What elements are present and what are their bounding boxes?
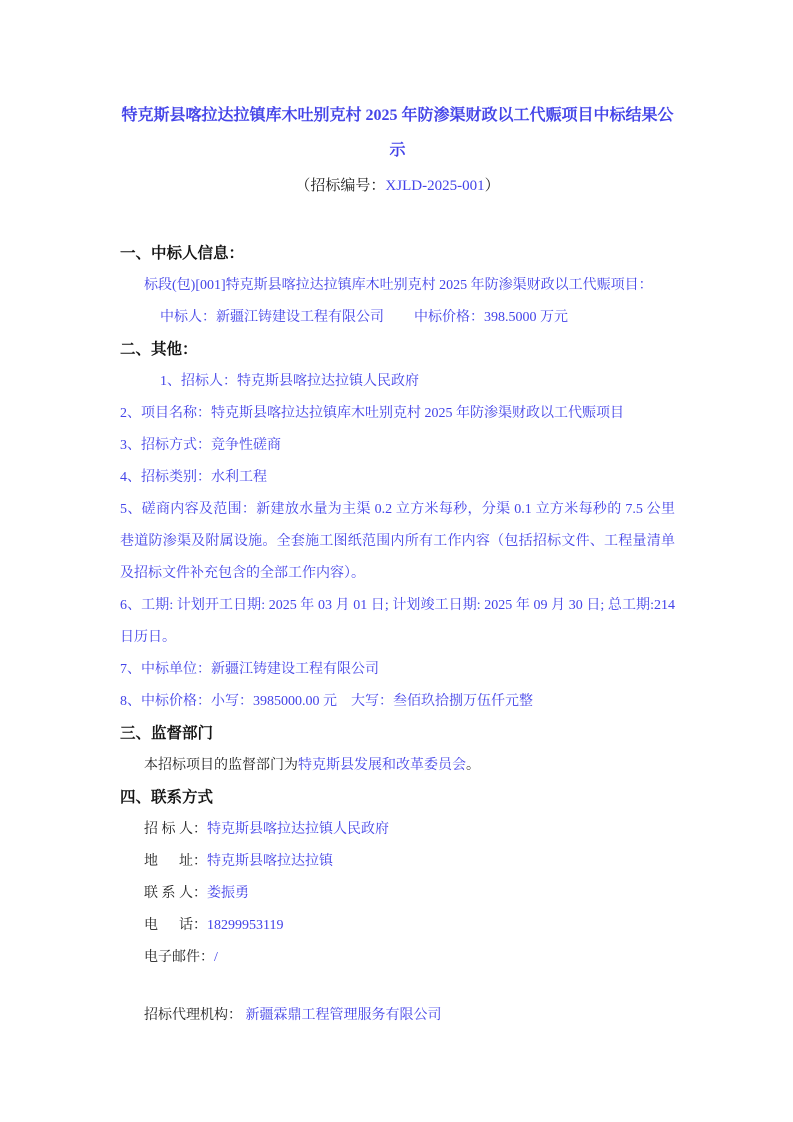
section-4-heading: 四、联系方式 xyxy=(120,782,675,814)
item-tender-method: 3、招标方式：竞争性磋商 xyxy=(120,430,675,462)
section-1-heading: 一、中标人信息： xyxy=(120,238,675,270)
tender-number-line: （招标编号：XJLD-2025-001） xyxy=(120,170,675,202)
lot-line: 标段(包)[001]特克斯县喀拉达拉镇库木吐别克村 2025 年防渗渠财政以工代… xyxy=(144,270,675,302)
contact-value: 特克斯县喀拉达拉镇 xyxy=(207,854,333,869)
item-tenderer: 1、招标人：特克斯县喀拉达拉镇人民政府 xyxy=(160,366,675,398)
supervision-line: 本招标项目的监督部门为特克斯县发展和改革委员会。 xyxy=(144,750,675,782)
agency-name: 新疆霖鼎工程管理服务有限公司 xyxy=(246,1008,442,1023)
contact-row-email: 电子邮件：/ xyxy=(144,942,675,974)
contact-value: 特克斯县喀拉达拉镇人民政府 xyxy=(207,822,389,837)
winner-price-line: 中标人：新疆江铸建设工程有限公司中标价格：398.5000 万元 xyxy=(160,302,675,334)
winner-name: 中标人：新疆江铸建设工程有限公司 xyxy=(160,310,384,325)
contact-value: 18299953119 xyxy=(207,918,283,933)
item-project-name: 2、项目名称：特克斯县喀拉达拉镇库木吐别克村 2025 年防渗渠财政以工代赈项目 xyxy=(120,398,675,430)
tender-number: XJLD-2025-001 xyxy=(385,178,484,194)
item-scope: 5、磋商内容及范围：新建放水量为主渠 0.2 立方米每秒，分渠 0.1 立方米每… xyxy=(120,494,675,590)
supervision-prefix: 本招标项目的监督部门为 xyxy=(144,758,298,773)
contact-value: 娄振勇 xyxy=(207,886,249,901)
contact-label: 地 址： xyxy=(144,854,207,869)
section-2-heading: 二、其他： xyxy=(120,334,675,366)
contact-row-address: 地 址：特克斯县喀拉达拉镇 xyxy=(144,846,675,878)
tender-number-close-paren: ） xyxy=(485,178,500,194)
contact-row-person: 联 系 人：娄振勇 xyxy=(144,878,675,910)
supervision-suffix: 。 xyxy=(466,758,480,773)
tender-number-open-paren: （招标编号： xyxy=(295,178,385,194)
contact-row-phone: 电 话：18299953119 xyxy=(144,910,675,942)
document-content: 特克斯县喀拉达拉镇库木吐别克村 2025 年防渗渠财政以工代赈项目中标结果公示 … xyxy=(0,0,793,1032)
document-page: 特克斯县喀拉达拉镇库木吐别克村 2025 年防渗渠财政以工代赈项目中标结果公示 … xyxy=(0,0,793,1122)
agency-row: 招标代理机构： 新疆霖鼎工程管理服务有限公司 xyxy=(144,1000,675,1032)
document-title: 特克斯县喀拉达拉镇库木吐别克村 2025 年防渗渠财政以工代赈项目中标结果公示 xyxy=(120,98,675,168)
item-tender-category: 4、招标类别：水利工程 xyxy=(120,462,675,494)
supervision-department: 特克斯县发展和改革委员会 xyxy=(298,758,466,773)
agency-label: 招标代理机构： xyxy=(144,1008,246,1023)
contact-label: 电 话： xyxy=(144,918,207,933)
contact-row-tenderer: 招 标 人：特克斯县喀拉达拉镇人民政府 xyxy=(144,814,675,846)
item-duration: 6、工期: 计划开工日期: 2025 年 03 月 01 日; 计划竣工日期: … xyxy=(120,590,675,654)
winning-price: 中标价格：398.5000 万元 xyxy=(414,310,568,325)
contact-label: 联 系 人： xyxy=(144,886,207,901)
contact-label: 电子邮件： xyxy=(144,950,214,965)
contact-label: 招 标 人： xyxy=(144,822,207,837)
contact-value: / xyxy=(214,950,218,965)
item-winning-price: 8、中标价格：小写：3985000.00 元 大写：叁佰玖拾捌万伍仟元整 xyxy=(120,686,675,718)
item-winning-unit: 7、中标单位：新疆江铸建设工程有限公司 xyxy=(120,654,675,686)
section-3-heading: 三、监督部门 xyxy=(120,718,675,750)
